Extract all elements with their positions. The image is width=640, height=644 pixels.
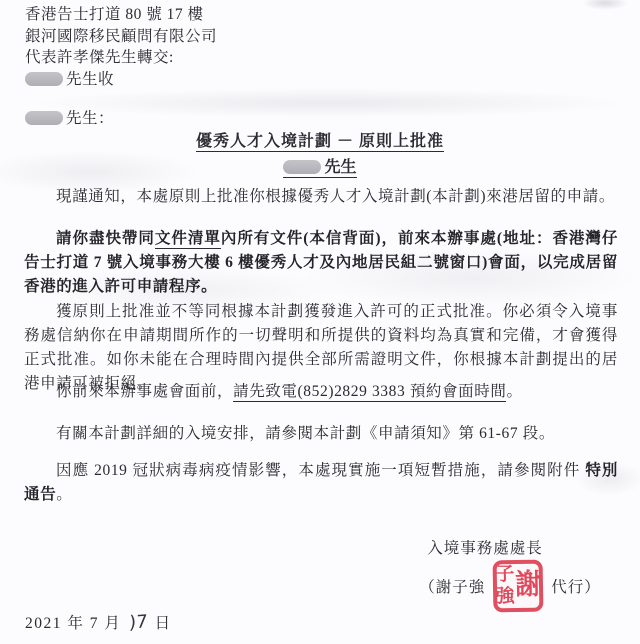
scan-artifact: [30, 88, 630, 118]
address-line-attention: 代表許孝傑先生轉交:: [25, 47, 217, 69]
date-printed-suffix: 日: [155, 615, 172, 632]
redacted-applicant-name: [283, 160, 321, 174]
recipient-suffix: 先生收: [66, 71, 114, 88]
recipient-address-block: 香港告士打道 80 號 17 樓 銀河國際移民顧問有限公司 代表許孝傑先生轉交:…: [25, 4, 217, 90]
seal-char-right: 謝: [515, 560, 543, 611]
date-line: 2021 年 7 月 )7 日: [25, 611, 172, 633]
signer-name-pre: （謝子強: [419, 575, 485, 597]
address-line-street: 香港告士打道 80 號 17 樓: [25, 4, 217, 26]
seal-char-top-left: 子: [495, 565, 515, 585]
paragraph-guidebook-reference: 有關本計劃詳細的入境安排，請參閱本計劃《申請須知》第 61-67 段。: [24, 422, 618, 446]
date-printed-prefix: 2021 年 7 月: [25, 615, 121, 632]
signer-title: 入境事務處處長: [380, 536, 590, 558]
scan-artifact: [582, 0, 628, 10]
salutation-line: 先生：: [25, 106, 114, 128]
subject-applicant-name: 先生: [0, 154, 640, 177]
subject-title-block: 優秀人才入境計劃 － 原則上批准 先生: [0, 128, 640, 177]
salutation-suffix: 先生：: [66, 110, 114, 127]
date-handwritten-day: )7: [128, 611, 147, 633]
signer-name-post: 代行）: [551, 575, 601, 597]
subject-title: 優秀人才入境計劃 － 原則上批准: [0, 128, 640, 151]
phone-booking-underline: 請先致電(852)2829 3383 預約會面時間: [233, 383, 506, 402]
address-line-company: 銀河國際移民顧問有限公司: [25, 26, 217, 48]
redacted-recipient-name: [25, 72, 63, 86]
seal-char-bottom-left: 強: [496, 587, 516, 607]
paragraph-notification: 現謹通知，本處原則上批准你根據優秀人才入境計劃(本計劃)來港居留的申請。: [24, 185, 618, 209]
paragraph-appointment: 你前來本辦事處會面前，請先致電(852)2829 3383 預約會面時間。: [24, 380, 618, 404]
letter-page: 香港告士打道 80 號 17 樓 銀河國際移民顧問有限公司 代表許孝傑先生轉交:…: [0, 0, 640, 644]
paragraph-documents-instruction: 請你盡快帶同文件清單內所有文件(本信背面)，前來本辦事處(地址：香港灣仔告士打道…: [24, 227, 618, 299]
paragraph-covid-notice: 因應 2019 冠狀病毒病疫情影響，本處現實施一項短暫措施，請參閱附件 特別通告…: [24, 459, 618, 507]
name-seal-stamp-icon: 子 強 謝: [493, 560, 544, 613]
signature-row: （謝子強 子 強 謝 代行）: [388, 560, 632, 612]
redacted-salutation-name: [25, 111, 63, 125]
recipient-name-line: 先生收: [25, 69, 217, 91]
document-checklist-underline: 文件清單: [155, 230, 221, 249]
